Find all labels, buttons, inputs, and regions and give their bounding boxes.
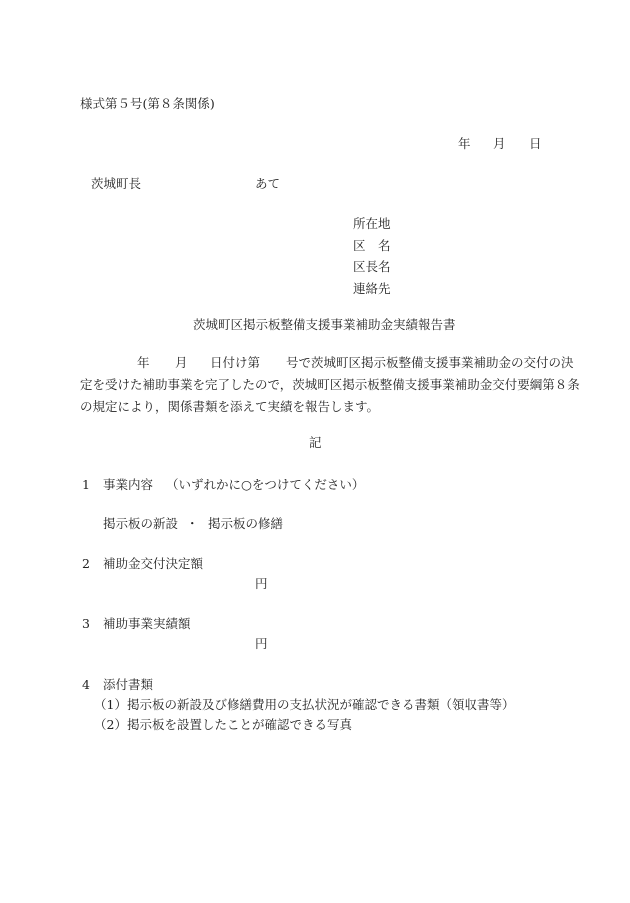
body-year: 年 — [137, 357, 150, 370]
date-year-label: 年 — [458, 138, 471, 151]
section-3-label: 補助事業実績額 — [103, 618, 191, 631]
field-address-label: 所在地 — [353, 218, 391, 231]
body-day: 日付け第 — [210, 357, 260, 370]
attachment-item-2: （2）掲示板を設置したことが確認できる写真 — [94, 719, 352, 732]
section-1-note: （いずれかに○をつけてください） — [166, 479, 364, 492]
field-district-label: 区 名 — [353, 240, 391, 253]
body-month: 月 — [175, 357, 188, 370]
addressee-name: 茨城町長 — [91, 178, 141, 191]
section-4-number: 4 — [82, 679, 90, 692]
option-repair[interactable]: 掲示板の修繕 — [208, 518, 283, 531]
section-2-label: 補助金交付決定額 — [103, 558, 203, 571]
section-4-label: 添付書類 — [103, 679, 153, 692]
document-title: 茨城町区掲示板整備支援事業補助金実績報告書 — [193, 319, 456, 332]
date-month-label: 月 — [493, 138, 506, 151]
option-separator: ・ — [186, 518, 199, 531]
section-2-unit: 円 — [255, 578, 268, 591]
section-2-number: 2 — [82, 558, 90, 571]
attachment-item-1: （1）掲示板の新設及び修繕費用の支払状況が確認できる書類（領収書等） — [94, 699, 514, 712]
option-new-installation[interactable]: 掲示板の新設 — [103, 518, 178, 531]
form-number: 様式第５号(第８条関係) — [80, 98, 215, 111]
section-3-number: 3 — [82, 618, 90, 631]
ki-marker: 記 — [309, 437, 322, 450]
section-1-number: 1 — [82, 479, 90, 492]
field-district-head-label: 区長名 — [353, 261, 391, 274]
body-line2: 定を受けた補助事業を完了したので，茨城町区掲示板整備支援事業補助金交付要綱第８条 — [80, 379, 580, 392]
date-day-label: 日 — [529, 138, 542, 151]
body-line3: の規定により，関係書類を添えて実績を報告します。 — [80, 401, 379, 414]
body-line1-rest: 号で茨城町区掲示板整備支援事業補助金の交付の決 — [286, 357, 574, 370]
section-1-label: 事業内容 — [103, 479, 153, 492]
field-contact-label: 連絡先 — [353, 283, 391, 296]
addressee-suffix: あて — [255, 178, 280, 191]
section-3-unit: 円 — [255, 638, 268, 651]
